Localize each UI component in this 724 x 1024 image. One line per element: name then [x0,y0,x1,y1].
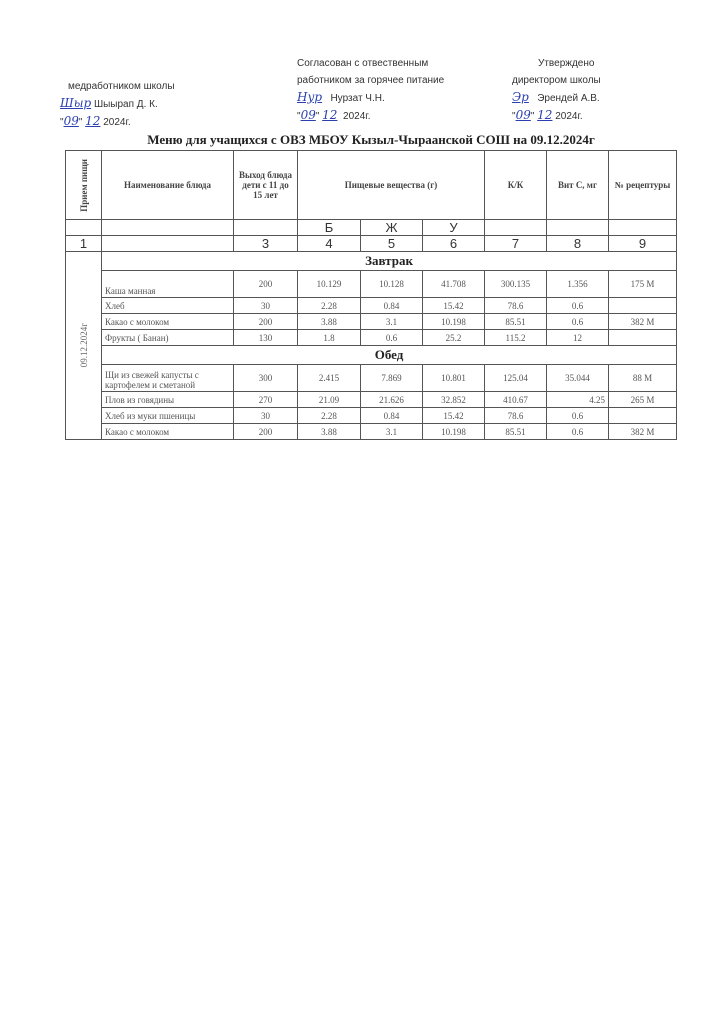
cell-recipe: 88 М [609,365,677,392]
cell-u: 32.852 [423,392,485,408]
cell-kcal: 300.135 [485,271,547,298]
cell-b: 1.8 [298,330,361,346]
cell-vit-c: 4.25 [547,392,609,408]
cell-recipe: 175 М [609,271,677,298]
cell-b: 3.88 [298,314,361,330]
cell-recipe [609,298,677,314]
cell-recipe: 382 М [609,314,677,330]
approval-date: "09" 12 2024г. [512,107,601,125]
signature: Шыр [60,96,91,110]
cell-name: Фрукты ( Банан) [102,330,234,346]
cell-name: Плов из говядины [102,392,234,408]
section-row: Обед [66,346,677,365]
approval-signature-line: Эр Эрендей А.В. [512,89,601,107]
cell-portion: 130 [234,330,298,346]
cell-kcal: 85.51 [485,314,547,330]
approval-role-2: директором школы [512,72,601,89]
cell-name: Хлеб из муки пшеницы [102,408,234,424]
header-meal: Прием пищи [66,151,102,220]
cell-b: 2.415 [298,365,361,392]
cell-vit-c: 35.044 [547,365,609,392]
approval-signature-line: Шыр Шыырап Д. К. [60,95,175,113]
cell-portion: 30 [234,298,298,314]
cell-vit-c: 0.6 [547,314,609,330]
cell-zh: 0.84 [361,298,423,314]
cell-b: 2.28 [298,408,361,424]
approver-name: Эрендей А.В. [537,93,600,104]
cell-zh: 3.1 [361,424,423,440]
header-recipe: № рецептуры [609,151,677,220]
cell-zh: 7.869 [361,365,423,392]
cell-name: Какао с молоком [102,424,234,440]
cell-name: Какао с молоком [102,314,234,330]
cell-portion: 300 [234,365,298,392]
cell-recipe [609,330,677,346]
cell-name: Хлеб [102,298,234,314]
cell-recipe: 382 М [609,424,677,440]
cell-kcal: 125.04 [485,365,547,392]
header-nutrients: Пищевые вещества (г) [298,151,485,220]
section-row: 09.12.2024гЗавтрак [66,252,677,271]
menu-item-row: Щи из свежей капусты с картофелем и смет… [66,365,677,392]
column-number-row: 1 3 4 5 6 7 8 9 [66,236,677,252]
approval-director: Утверждено директором школы Эр Эрендей А… [512,55,601,125]
cell-u: 15.42 [423,408,485,424]
approval-role: Утверждено [512,55,601,72]
cell-zh: 0.84 [361,408,423,424]
menu-title: Меню для учащихся с ОВЗ МБОУ Кызыл-Чыраа… [66,130,677,151]
approval-food-officer: Согласован с отвественным работником за … [297,55,444,125]
cell-vit-c: 0.6 [547,424,609,440]
menu-item-row: Каша манная20010.12910.12841.708300.1351… [66,271,677,298]
approval-role-2: работником за горячее питание [297,72,444,89]
cell-vit-c: 12 [547,330,609,346]
header-row: Прием пищи Наименование блюда Выход блюд… [66,151,677,220]
cell-portion: 270 [234,392,298,408]
subheader-protein: Б [298,220,361,236]
cell-u: 25.2 [423,330,485,346]
cell-zh: 10.128 [361,271,423,298]
menu-item-row: Какао с молоком2003.883.110.19885.510.63… [66,314,677,330]
header-kcal: К/К [485,151,547,220]
menu-item-row: Плов из говядины27021.0921.62632.852410.… [66,392,677,408]
signature: Эр [512,90,529,104]
cell-portion: 200 [234,314,298,330]
subheader-carbs: У [423,220,485,236]
cell-kcal: 115.2 [485,330,547,346]
cell-kcal: 78.6 [485,298,547,314]
cell-b: 2.28 [298,298,361,314]
signature: Нур [297,90,322,104]
header-vit-c: Вит С, мг [547,151,609,220]
cell-b: 10.129 [298,271,361,298]
cell-zh: 21.626 [361,392,423,408]
menu-table: Меню для учащихся с ОВЗ МБОУ Кызыл-Чыраа… [65,130,677,440]
cell-u: 41.708 [423,271,485,298]
menu-item-row: Хлеб из муки пшеницы302.280.8415.4278.60… [66,408,677,424]
section-title: Обед [102,346,677,365]
cell-vit-c: 0.6 [547,298,609,314]
cell-u: 10.198 [423,424,485,440]
cell-zh: 0.6 [361,330,423,346]
approval-date: "09" 12 2024г. [297,107,444,125]
approval-date: "09" 12 2024г. [60,113,175,131]
cell-kcal: 410.67 [485,392,547,408]
cell-portion: 30 [234,408,298,424]
cell-recipe: 265 М [609,392,677,408]
section-title: Завтрак [102,252,677,271]
cell-portion: 200 [234,424,298,440]
cell-kcal: 78.6 [485,408,547,424]
cell-zh: 3.1 [361,314,423,330]
cell-recipe [609,408,677,424]
menu-item-row: Фрукты ( Банан)1301.80.625.2115.212 [66,330,677,346]
header-portion: Выход блюда дети с 11 до 15 лет [234,151,298,220]
approver-name: Шыырап Д. К. [94,99,158,110]
subheader-fat: Ж [361,220,423,236]
cell-name: Каша манная [102,271,234,298]
approval-signature-line: Нур Нурзат Ч.Н. [297,89,444,107]
approval-medical: медработником школы Шыр Шыырап Д. К. "09… [60,78,175,131]
cell-kcal: 85.51 [485,424,547,440]
cell-vit-c: 0.6 [547,408,609,424]
date-cell: 09.12.2024г [66,252,102,440]
cell-u: 15.42 [423,298,485,314]
subheader-row: Б Ж У [66,220,677,236]
cell-u: 10.801 [423,365,485,392]
cell-vit-c: 1.356 [547,271,609,298]
cell-b: 3.88 [298,424,361,440]
menu-item-row: Какао с молоком2003.883.110.19885.510.63… [66,424,677,440]
cell-portion: 200 [234,271,298,298]
menu-item-row: Хлеб302.280.8415.4278.60.6 [66,298,677,314]
cell-name: Щи из свежей капусты с картофелем и смет… [102,365,234,392]
approval-role: медработником школы [60,78,175,95]
cell-b: 21.09 [298,392,361,408]
header-dish-name: Наименование блюда [102,151,234,220]
approver-name: Нурзат Ч.Н. [330,93,384,104]
approval-role: Согласован с отвественным [297,55,444,72]
cell-u: 10.198 [423,314,485,330]
